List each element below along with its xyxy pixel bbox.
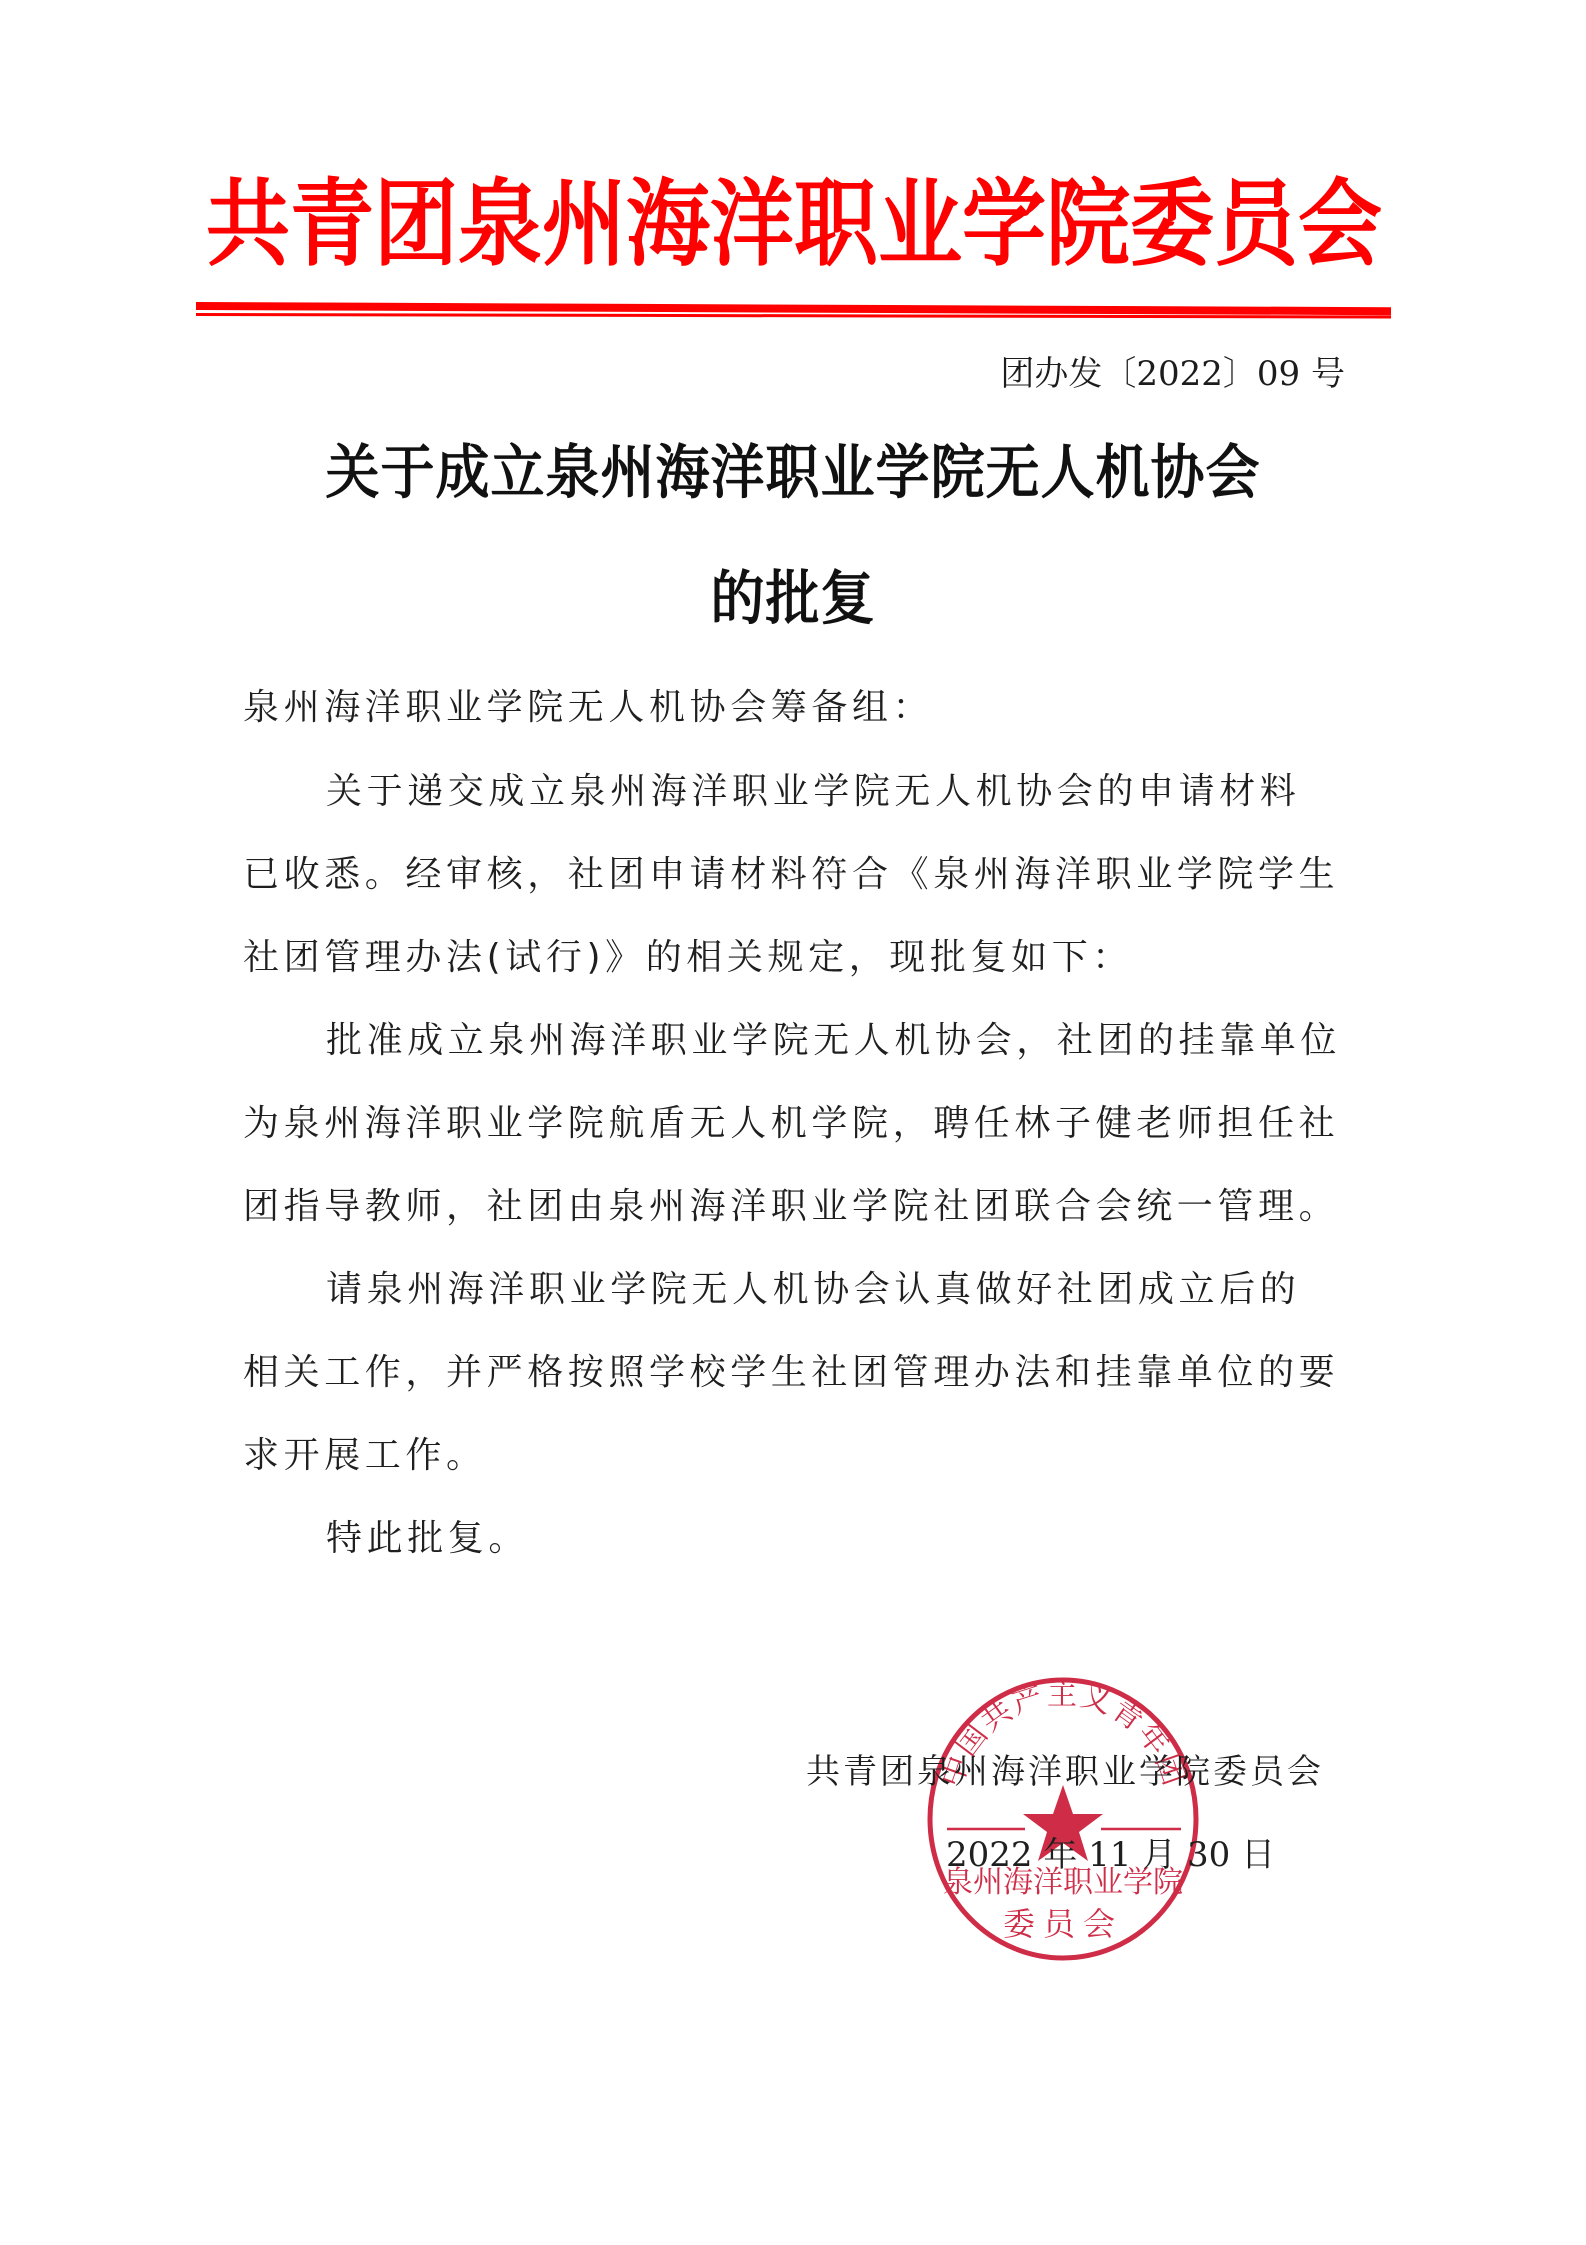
document-title-line-2: 的批复 [200,563,1386,633]
paragraph-3-line-2: 相关工作，并严格按照学校学生社团管理办法和挂靠单位的要 [243,1351,1353,1395]
letterhead-title: 共青团泉州海洋职业学院委员会 [196,172,1392,276]
closing-line: 特此批复。 [326,1517,1436,1561]
paragraph-2-line-2: 为泉州海洋职业学院航盾无人机学院，聘任林子健老师担任社 [243,1102,1353,1146]
paragraph-3-line-3: 求开展工作。 [243,1434,1353,1478]
signature-date: 2022 年 11 月 30 日 [946,1833,1256,1877]
official-seal: 中国共产主义青年团 泉州海洋职业学院 委员会 [925,1677,1201,1961]
salutation: 泉州海洋职业学院无人机协会筹备组： [243,686,1353,730]
paragraph-1-line-1: 关于递交成立泉州海洋职业学院无人机协会的申请材料 [326,770,1436,814]
paragraph-2-line-3: 团指导教师，社团由泉州海洋职业学院社团联合会统一管理。 [243,1185,1353,1229]
paragraph-3-line-1: 请泉州海洋职业学院无人机协会认真做好社团成立后的 [326,1268,1436,1312]
paragraph-1-line-2: 已收悉。经审核，社团申请材料符合《泉州海洋职业学院学生 [243,853,1353,897]
document-title-line-1: 关于成立泉州海洋职业学院无人机协会 [200,437,1386,507]
title-text: 关于成立泉州海洋职业学院无人机协会 [326,434,1261,510]
title-text: 的批复 [711,560,876,636]
letterhead-title-text: 共青团泉州海洋职业学院委员会 [206,166,1382,282]
paragraph-1-line-3: 社团管理办法(试行)》的相关规定，现批复如下： [243,936,1353,980]
seal-name-line-2: 委员会 [1003,1905,1123,1943]
paragraph-2-line-1: 批准成立泉州海洋职业学院无人机协会，社团的挂靠单位 [326,1019,1436,1063]
document-number: 团办发〔2022〕09 号 [980,352,1345,396]
signature-organization: 共青团泉州海洋职业学院委员会 [806,1750,1326,1794]
